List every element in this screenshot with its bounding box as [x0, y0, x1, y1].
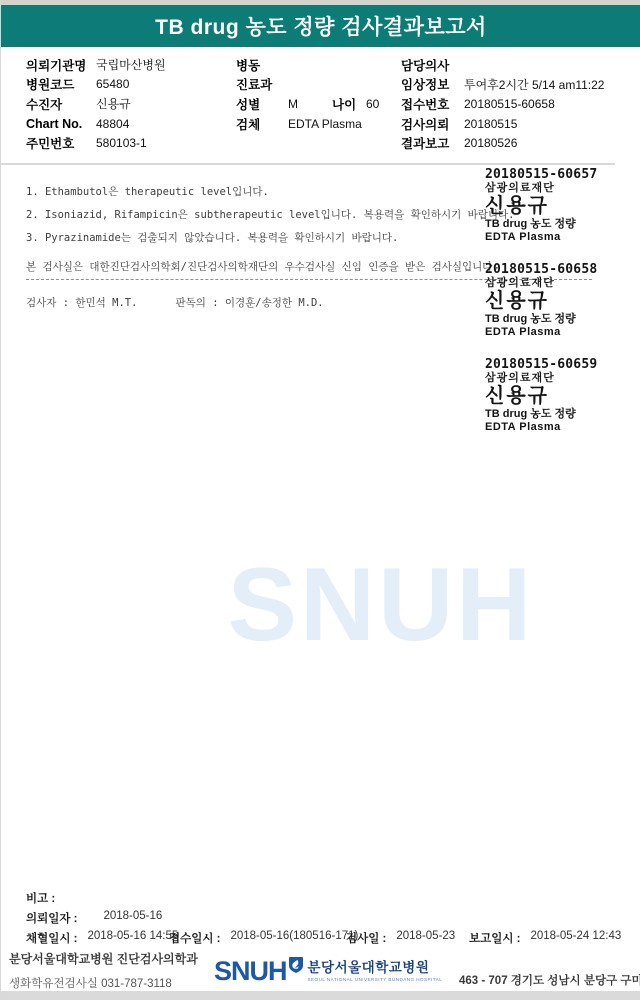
chart-no-label: Chart No.: [26, 117, 96, 131]
stamp-patient-name: 신용규: [485, 385, 640, 408]
stamp-patient-name: 신용규: [485, 290, 640, 313]
order-date-value: 20180515: [464, 117, 517, 131]
institution-label: 의뢰기관명: [26, 56, 96, 74]
result-line-1: 1. Ethambutol은 therapeutic level입니다.: [26, 181, 496, 204]
stamp-specimen-type: EDTA Plasma: [485, 421, 640, 434]
info-row-institution: 의뢰기관명 국립마산병원: [26, 55, 231, 75]
hospital-code-label: 병원코드: [26, 75, 96, 93]
info-row-resident-id: 주민번호 580103-1: [26, 133, 231, 153]
note-row: 비고 :: [26, 890, 55, 906]
footer-lab-phone: 생화학유전검사실 031-787-3118: [9, 975, 198, 991]
stamp-organization: 삼광의료재단: [485, 277, 640, 290]
age-label: 나이: [332, 95, 366, 113]
stamp-organization: 삼광의료재단: [485, 182, 640, 195]
info-row-report-date: 결과보고 20180526: [401, 133, 639, 153]
resident-id-value: 580103-1: [96, 136, 147, 150]
snuh-logo: SNUH 분당서울대학교병원 SEOUL NATIONAL UNIVERSITY…: [214, 957, 442, 985]
specimen-label-stamp-1: 20180515-60657 삼광의료재단 신용규 TB drug 농도 정량 …: [485, 168, 640, 244]
stamp-patient-name: 신용규: [485, 195, 640, 218]
section-divider: [1, 163, 615, 165]
footer-address: 463 - 707 경기도 성남시 분당구 구미동 300: [459, 972, 640, 988]
result-line-3: 3. Pyrazinamide는 검출되지 않았습니다. 복용력을 확인하시기 …: [26, 227, 496, 250]
info-row-department: 진료과: [236, 75, 401, 95]
order-date-label: 검사의뢰: [401, 115, 464, 133]
snuh-logo-shield-icon: [289, 957, 303, 973]
footer-hospital-name: 분당서울대학교병원: [308, 961, 443, 975]
sex-value: M: [288, 97, 332, 111]
stamp-specimen-type: EDTA Plasma: [485, 231, 640, 244]
exam-date-pair: 검사일 : 2018-05-23: [346, 930, 455, 946]
stamp-test-name: TB drug 농도 정량: [485, 313, 640, 326]
request-date-row: 의뢰일자 : 2018-05-16: [26, 910, 162, 926]
signers-row: 검사자 : 한민석 M.T. 판독의 : 이경훈/송정한 M.D.: [26, 295, 496, 310]
examiner-name: 검사자 : 한민석 M.T.: [26, 295, 137, 310]
exam-date-label: 검사일 :: [346, 930, 386, 946]
receipt-time-label: 접수일시 :: [169, 930, 220, 946]
hospital-code-value: 65480: [96, 77, 129, 91]
info-row-hospital-code: 병원코드 65480: [26, 75, 231, 95]
snuh-logo-names: 분당서울대학교병원 SEOUL NATIONAL UNIVERSITY BUND…: [308, 961, 443, 982]
info-row-chart-no: Chart No. 48804: [26, 114, 231, 134]
exam-date-value: 2018-05-23: [396, 930, 455, 946]
info-row-order-date: 검사의뢰 20180515: [401, 114, 639, 134]
report-date-label: 결과보고: [401, 134, 464, 152]
specimen-label: 검체: [236, 115, 288, 133]
institution-value: 국립마산병원: [96, 56, 166, 73]
lab-report-page: TB drug 농도 정량 검사결과보고서 의뢰기관명 국립마산병원 병원코드 …: [0, 0, 640, 1000]
results-section: 1. Ethambutol은 therapeutic level입니다. 2. …: [26, 181, 496, 310]
stamp-test-name: TB drug 농도 정량: [485, 408, 640, 421]
receipt-time-pair: 접수일시 : 2018-05-16(180516-171): [169, 930, 358, 946]
collection-time-pair: 채혈일시 : 2018-05-16 14:55: [26, 930, 178, 946]
report-title-banner: TB drug 농도 정량 검사결과보고서: [1, 5, 640, 47]
report-time-value: 2018-05-24 12:43: [530, 930, 621, 946]
collection-time-value: 2018-05-16 14:55: [87, 930, 178, 946]
stamp-accession-number: 20180515-60657: [485, 168, 640, 182]
accession-no-value: 20180515-60658: [464, 97, 555, 111]
footer-hospital-caption: SEOUL NATIONAL UNIVERSITY BUNDANG HOSPIT…: [308, 977, 443, 982]
specimen-label-stamp-2: 20180515-60658 삼광의료재단 신용규 TB drug 농도 정량 …: [485, 263, 640, 339]
timestamps-row: 채혈일시 : 2018-05-16 14:55 접수일시 : 2018-05-1…: [1, 930, 640, 946]
report-date-value: 20180526: [464, 136, 517, 150]
clinical-info-value: 투여후2시간 5/14 am11:22: [464, 76, 604, 93]
stamp-accession-number: 20180515-60659: [485, 358, 640, 372]
patient-name-value: 신용규: [96, 95, 131, 112]
chart-no-value: 48804: [96, 117, 129, 131]
stamp-organization: 삼광의료재단: [485, 372, 640, 385]
info-row-patient: 수진자 신용규: [26, 94, 231, 114]
ward-label: 병동: [236, 56, 288, 74]
stamp-specimen-type: EDTA Plasma: [485, 326, 640, 339]
receipt-time-value: 2018-05-16(180516-171): [230, 930, 358, 946]
patient-label: 수진자: [26, 95, 96, 113]
footer-department-block: 분당서울대학교병원 진단검사의학과 생화학유전검사실 031-787-3118: [9, 952, 198, 991]
footer-department-name: 분당서울대학교병원 진단검사의학과: [9, 952, 198, 966]
doctor-label: 담당의사: [401, 56, 464, 74]
page-title: TB drug 농도 정량 검사결과보고서: [155, 11, 487, 41]
result-line-2: 2. Isoniazid, Rifampicin은 subtherapeutic…: [26, 204, 496, 227]
patient-info-column-middle: 병동 진료과 성별 M 나이 60 검체 EDTA Plasma: [236, 55, 401, 133]
info-row-ward: 병동: [236, 55, 401, 75]
request-date-value: 2018-05-16: [103, 910, 162, 926]
scan-edge-bottom: [1, 991, 640, 1000]
age-value: 60: [366, 97, 379, 111]
stamp-test-name: TB drug 농도 정량: [485, 218, 640, 231]
snuh-watermark: SNUH: [166, 545, 596, 665]
department-label: 진료과: [236, 75, 288, 93]
resident-id-label: 주민번호: [26, 134, 96, 152]
reviewing-doctor-name: 판독의 : 이경훈/송정한 M.D.: [175, 295, 323, 310]
specimen-value: EDTA Plasma: [288, 117, 362, 131]
request-date-label: 의뢰일자 :: [26, 910, 77, 926]
info-row-doctor: 담당의사: [401, 55, 639, 75]
stamp-accession-number: 20180515-60658: [485, 263, 640, 277]
collection-time-label: 채혈일시 :: [26, 930, 77, 946]
patient-info-column-right: 담당의사 임상정보 투여후2시간 5/14 am11:22 접수번호 20180…: [401, 55, 639, 153]
clinical-info-label: 임상정보: [401, 75, 464, 93]
specimen-label-stamp-3: 20180515-60659 삼광의료재단 신용규 TB drug 농도 정량 …: [485, 358, 640, 434]
info-row-sex-age: 성별 M 나이 60: [236, 94, 401, 114]
accession-no-label: 접수번호: [401, 95, 464, 113]
info-row-specimen: 검체 EDTA Plasma: [236, 114, 401, 134]
report-time-pair: 보고일시 : 2018-05-24 12:43: [469, 930, 621, 946]
note-label: 비고 :: [26, 893, 55, 905]
report-time-label: 보고일시 :: [469, 930, 520, 946]
snuh-logo-text: SNUH: [214, 957, 287, 985]
info-row-accession-no: 접수번호 20180515-60658: [401, 94, 639, 114]
specimen-label-stamps: 20180515-60657 삼광의료재단 신용규 TB drug 농도 정량 …: [485, 168, 640, 453]
patient-info-column-left: 의뢰기관명 국립마산병원 병원코드 65480 수진자 신용규 Chart No…: [26, 55, 231, 153]
sex-label: 성별: [236, 95, 288, 113]
info-row-clinical-info: 임상정보 투여후2시간 5/14 am11:22: [401, 75, 639, 95]
lab-certification-note: 본 검사실은 대한진단검사의학회/진단검사의학재단의 우수검사실 신임 인증을 …: [26, 259, 496, 275]
